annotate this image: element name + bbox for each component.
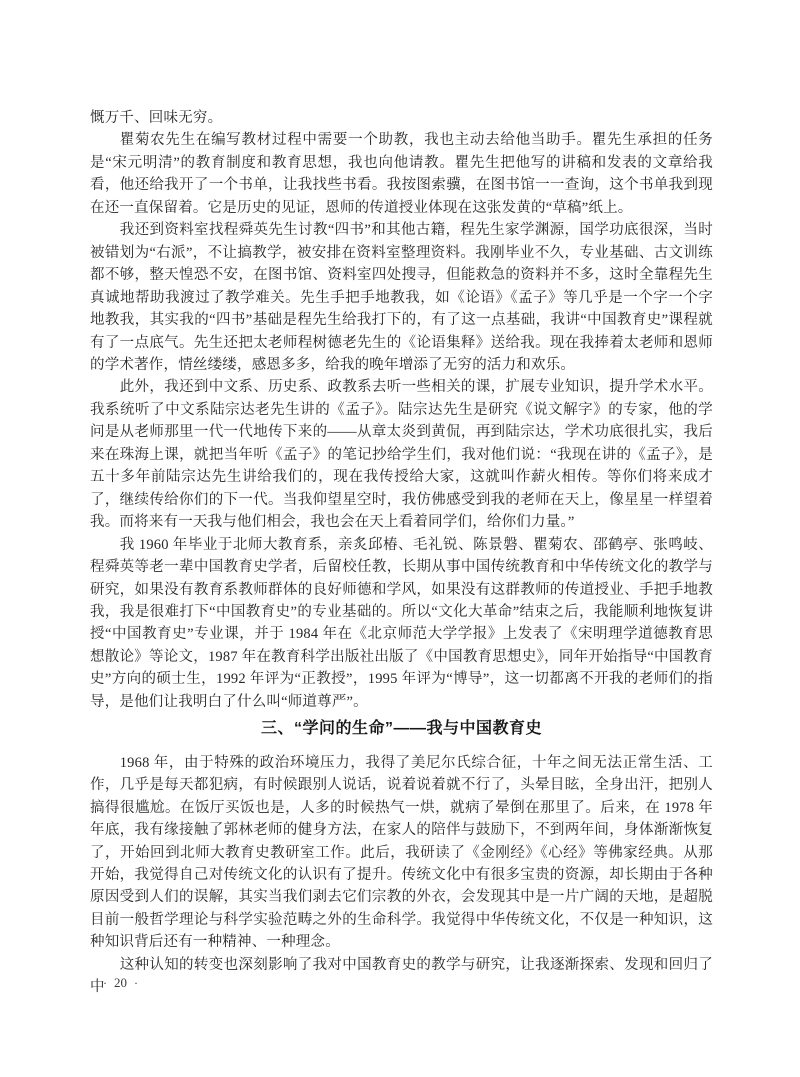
section-heading: 三、“学问的生命”——我与中国教育史 — [90, 718, 713, 740]
paragraph: 1968 年，由于特殊的政治环境压力，我得了美尼尔氏综合征，十年之间无法正常生活… — [90, 752, 713, 954]
paragraph: 我 1960 年毕业于北师大教育系，亲炙邱椿、毛礼锐、陈景磐、瞿菊农、邵鹤亭、张… — [90, 534, 713, 714]
page-number-value: 20 — [114, 975, 127, 991]
paragraph: 此外，我还到中文系、历史系、政教系去听一些相关的课，扩展专业知识，提升学术水平。… — [90, 376, 713, 533]
paragraph: 这种认知的转变也深刻影响了我对中国教育史的教学与研究，让我逐渐探索、发现和回归了… — [90, 954, 713, 999]
document-page: 慨万千、回味无穷。瞿菊农先生在编写教材过程中需要一个助教，我也主动去给他当助手。… — [0, 0, 800, 1077]
body-before-heading: 慨万千、回味无穷。瞿菊农先生在编写教材过程中需要一个助教，我也主动去给他当助手。… — [90, 107, 713, 713]
paragraph: 慨万千、回味无穷。 — [90, 107, 713, 129]
paragraph: 瞿菊农先生在编写教材过程中需要一个助教，我也主动去给他当助手。瞿先生承担的任务是… — [90, 129, 713, 219]
body-after-heading: 1968 年，由于特殊的政治环境压力，我得了美尼尔氏综合征，十年之间无法正常生活… — [90, 752, 713, 999]
page-number-right-dot-icon: · — [134, 977, 138, 989]
text-block: 慨万千、回味无穷。瞿菊农先生在编写教材过程中需要一个助教，我也主动去给他当助手。… — [90, 107, 713, 999]
paragraph: 我还到资料室找程舜英先生讨教“四书”和其他古籍，程先生家学渊源，国学功底很深，当… — [90, 219, 713, 376]
page-number: · 20 · — [103, 975, 138, 991]
page-number-left-dot-icon: · — [103, 977, 107, 989]
